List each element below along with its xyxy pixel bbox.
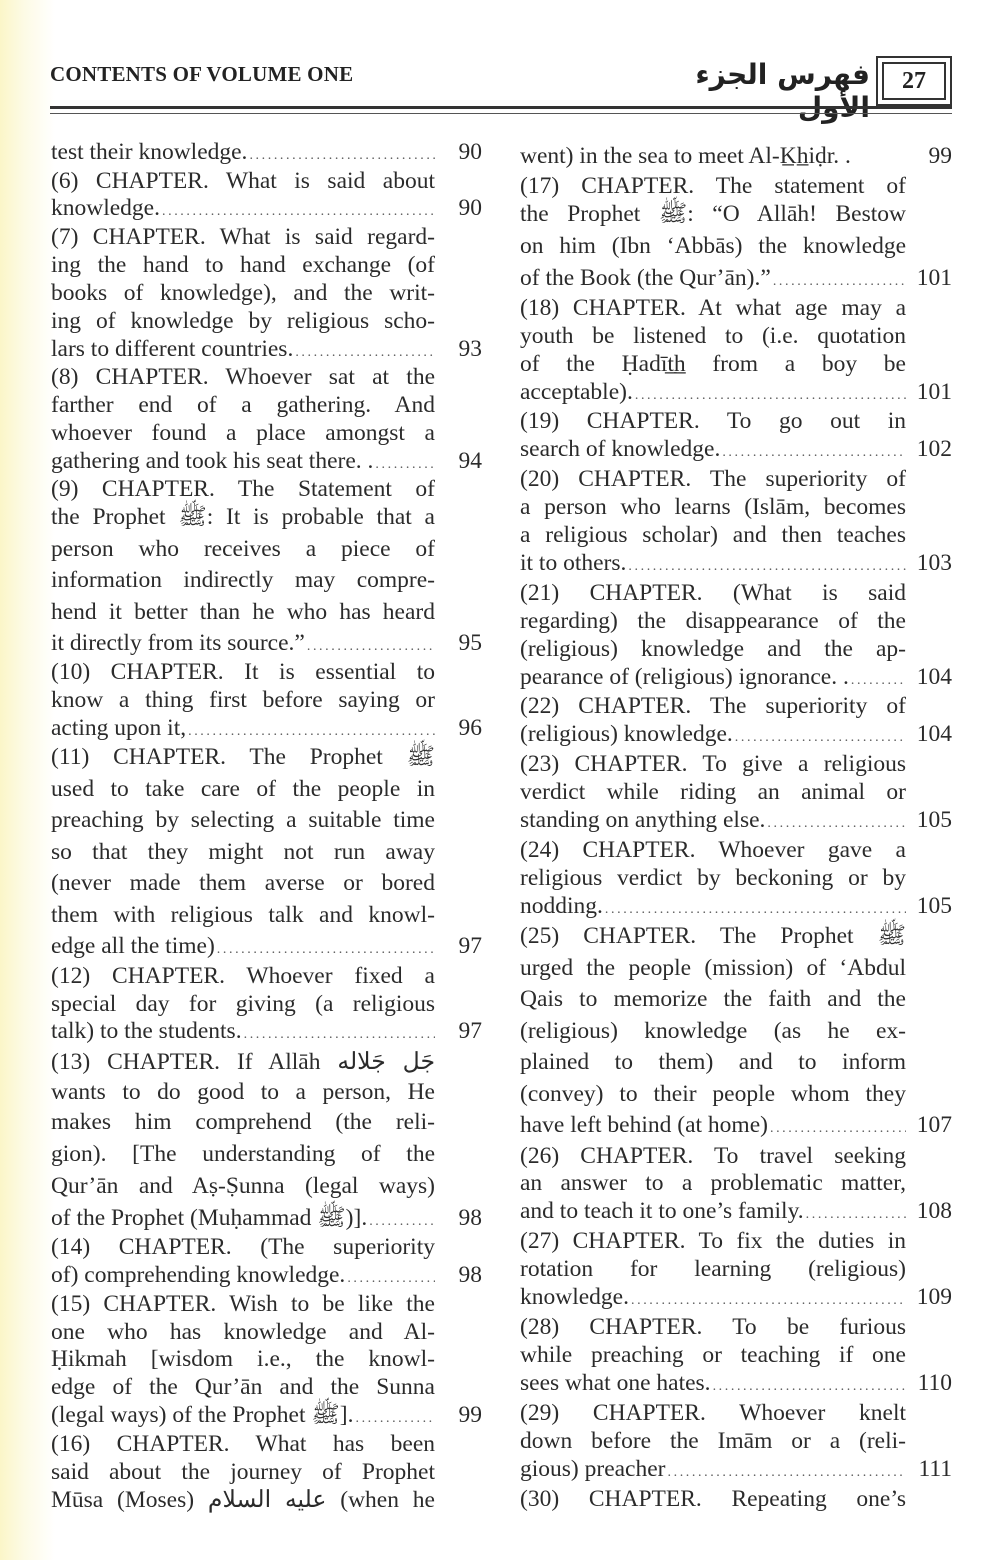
toc-line: (11) CHAPTER. The Prophet ﷺ [51, 742, 435, 772]
toc-line: it directly from its source.”...........… [51, 628, 435, 658]
toc-line: of the Prophet (Muḥammad ﷺ)]............… [51, 1203, 435, 1233]
toc-line: gathering and took his seat there. .....… [51, 446, 435, 476]
toc-page-number: 93 [440, 334, 482, 364]
toc-line: books of knowledge), and the writ- [51, 278, 435, 308]
toc-page-number: 109 [906, 1282, 952, 1312]
toc-page-number: 97 [440, 1016, 482, 1046]
toc-line: down before the Imām or a (reli- [520, 1426, 906, 1456]
toc-entry-text: of the Book (the Qur’ān).” [520, 263, 771, 293]
toc-entry-text: of the Prophet (Muḥammad ﷺ)]. [51, 1203, 367, 1233]
toc-line: (25) CHAPTER. The Prophet ﷺ [520, 921, 906, 951]
toc-page-number: 104 [906, 662, 952, 692]
toc-page-number: 103 [906, 548, 952, 578]
toc-page-number: 94 [440, 446, 482, 476]
toc-line: used to take care of the people in [51, 774, 435, 804]
running-title: CONTENTS OF VOLUME ONE [50, 62, 353, 87]
toc-line: whoever found a place amongst a [51, 418, 435, 448]
toc-line: rotation for learning (religious) [520, 1254, 906, 1284]
toc-line: (religious) knowledge...................… [520, 719, 906, 749]
toc-line: edge all the time)......................… [51, 931, 435, 961]
toc-line: (9) CHAPTER. The Statement of [51, 474, 435, 504]
arabic-title: فهرس الجزء الأول [682, 58, 870, 124]
toc-line: (never made them averse or bored [51, 868, 435, 898]
toc-entry-text: knowledge. [520, 1282, 629, 1312]
toc-line: know a thing first before saying or [51, 685, 435, 715]
toc-line: farther end of a gathering. And [51, 390, 435, 420]
toc-line: (8) CHAPTER. Whoever sat at the [51, 362, 435, 392]
toc-line: verdict while riding an animal or [520, 777, 906, 807]
toc-line: (26) CHAPTER. To travel seeking [520, 1141, 906, 1171]
toc-line: (29) CHAPTER. Whoever knelt [520, 1398, 906, 1428]
toc-entry-text: of) comprehending knowledge. [51, 1260, 345, 1290]
toc-entry-text: and to teach it to one’s family. [520, 1196, 804, 1226]
toc-line: talk) to the students...................… [51, 1016, 435, 1046]
toc-line: (10) CHAPTER. It is essential to [51, 657, 435, 687]
toc-entry-text: acceptable). [520, 377, 633, 407]
toc-line: Ḥikmah [wisdom i.e., the knowl- [51, 1344, 435, 1374]
toc-line: (23) CHAPTER. To give a religious [520, 749, 906, 779]
toc-page-number: 105 [906, 891, 952, 921]
toc-page-number: 108 [906, 1196, 952, 1226]
toc-line: an answer to a problematic matter, [520, 1168, 906, 1198]
toc-line: (6) CHAPTER. What is said about [51, 166, 435, 196]
toc-page-number: 98 [440, 1260, 482, 1290]
dot-leader: ........................................… [770, 1114, 906, 1144]
toc-line: Mūsa (Moses) عليه السلام (when he [51, 1485, 435, 1515]
toc-line: (27) CHAPTER. To fix the duties in [520, 1226, 906, 1256]
toc-line: preaching by selecting a suitable time [51, 805, 435, 835]
toc-page-number: 104 [906, 719, 952, 749]
toc-entry-text: it to others. [520, 548, 626, 578]
page-number: 27 [882, 62, 946, 100]
toc-line: (24) CHAPTER. Whoever gave a [520, 835, 906, 865]
toc-line: (15) CHAPTER. Wish to be like the [51, 1289, 435, 1319]
toc-line: one who has knowledge and Al- [51, 1317, 435, 1347]
toc-page-number: 111 [906, 1454, 952, 1484]
toc-line: and to teach it to one’s family.........… [520, 1196, 906, 1226]
toc-entry-text: talk) to the students. [51, 1016, 242, 1046]
toc-entry-text: edge all the time) [51, 931, 215, 961]
toc-line: wants to do good to a person, He [51, 1077, 435, 1107]
toc-line: have left behind (at home)..............… [520, 1110, 906, 1140]
toc-line: the Prophet ﷺ: It is probable that a [51, 502, 435, 532]
toc-page-number: 105 [906, 805, 952, 835]
toc-line: said about the journey of Prophet [51, 1457, 435, 1487]
toc-entry-text: have left behind (at home) [520, 1110, 768, 1140]
toc-line: ing of knowledge by religious scho- [51, 306, 435, 336]
toc-line: urged the people (mission) of ‘Abdul [520, 953, 906, 983]
toc-line: special day for giving (a religious [51, 989, 435, 1019]
toc-line: of the Ḥadīt̲h̲ from a boy be [520, 349, 906, 379]
toc-line: so that they might not run away [51, 837, 435, 867]
toc-line: (7) CHAPTER. What is said regard- [51, 222, 435, 252]
toc-entry-text: gathering and took his seat there. . [51, 446, 373, 476]
toc-line: test their knowledge....................… [51, 137, 435, 167]
toc-line: of the Book (the Qur’ān).”..............… [520, 263, 906, 293]
toc-line: makes him comprehend (the reli- [51, 1107, 435, 1137]
toc-line: Qur’ān and Aṣ-Ṣunna (legal ways) [51, 1171, 435, 1201]
toc-line: of) comprehending knowledge.............… [51, 1260, 435, 1290]
toc-page-number: 102 [906, 434, 952, 464]
toc-line: (12) CHAPTER. Whoever fixed a [51, 961, 435, 991]
toc-line: (19) CHAPTER. To go out in [520, 406, 906, 436]
toc-line: (legal ways) of the Prophet ﷺ]..........… [51, 1400, 435, 1430]
toc-line: (17) CHAPTER. The statement of [520, 171, 906, 201]
toc-page-number: 101 [906, 263, 952, 293]
toc-line: the Prophet ﷺ: “O Allāh! Bestow [520, 199, 906, 229]
toc-page-number: 101 [906, 377, 952, 407]
toc-line: (14) CHAPTER. (The superiority [51, 1232, 435, 1262]
toc-entry-text: sees what one hates. [520, 1368, 711, 1398]
toc-line: hend it better than he who has heard [51, 597, 435, 627]
toc-line: knowledge...............................… [51, 193, 435, 223]
toc-line: (30) CHAPTER. Repeating one’s [520, 1484, 906, 1514]
toc-entry-text: search of knowledge. [520, 434, 720, 464]
toc-line: lars to different countries.............… [51, 334, 435, 364]
toc-entry-text: it directly from its source.” [51, 628, 305, 658]
toc-entry-text: nodding. [520, 891, 603, 921]
toc-line: regarding) the disappearance of the [520, 606, 906, 636]
toc-line: standing on anything else...............… [520, 805, 906, 835]
toc-line: (20) CHAPTER. The superiority of [520, 464, 906, 494]
toc-line: plained to them) and to inform [520, 1047, 906, 1077]
toc-line: on him (Ibn ‘Abbās) the knowledge [520, 231, 906, 261]
toc-page-number: 90 [440, 137, 482, 167]
header-rule-thick [50, 106, 952, 109]
toc-entry-text: gious) preacher [520, 1454, 666, 1484]
toc-line: religious verdict by beckoning or by [520, 863, 906, 893]
toc-entry-text: lars to different countries. [51, 334, 293, 364]
toc-page-number: 98 [440, 1203, 482, 1233]
toc-page-number: 90 [440, 193, 482, 223]
toc-line: (religious) knowledge and the ap- [520, 634, 906, 664]
toc-line: sees what one hates.....................… [520, 1368, 906, 1398]
dot-leader: ........................................… [244, 1020, 435, 1050]
toc-line: knowledge...............................… [520, 1282, 906, 1312]
toc-line: (religious) knowledge (as he ex- [520, 1016, 906, 1046]
toc-line: (22) CHAPTER. The superiority of [520, 691, 906, 721]
page-number-box: 27 [876, 56, 952, 106]
toc-line: gious) preacher.........................… [520, 1454, 906, 1484]
toc-entry-text: pearance of (religious) ignorance. . [520, 662, 849, 692]
toc-line: (28) CHAPTER. To be furious [520, 1312, 906, 1342]
toc-line: a religious scholar) and then teaches [520, 520, 906, 550]
toc-line: ing the hand to hand exchange (of [51, 250, 435, 280]
toc-entry-text: (religious) knowledge. [520, 719, 733, 749]
toc-entry-text: acting upon it, [51, 713, 186, 743]
toc-line: nodding.................................… [520, 891, 906, 921]
toc-line: acceptable).............................… [520, 377, 906, 407]
toc-line: information indirectly may compre- [51, 565, 435, 595]
header-rule-thin [50, 113, 952, 114]
toc-page-number: 110 [906, 1368, 952, 1398]
toc-entry-text: knowledge. [51, 193, 160, 223]
toc-entry-text: standing on anything else. [520, 805, 765, 835]
toc-page-number: 99 [440, 1400, 482, 1430]
toc-line: edge of the Qur’ān and the Sunna [51, 1372, 435, 1402]
toc-page-number: 95 [440, 628, 482, 658]
toc-line: a person who learns (Islām, becomes [520, 492, 906, 522]
toc-page-number: 107 [906, 1110, 952, 1140]
toc-entry-text: (legal ways) of the Prophet ﷺ]. [51, 1400, 353, 1430]
toc-line: went) in the sea to meet Al-K̲h̲iḍr. . [520, 141, 906, 171]
toc-line: (13) CHAPTER. If Allāh جَل جَلاله [51, 1047, 435, 1077]
toc-entry-text: test their knowledge. [51, 137, 247, 167]
toc-line: person who receives a piece of [51, 534, 435, 564]
toc-line: gion). [The understanding of the [51, 1139, 435, 1169]
toc-line: them with religious talk and knowl- [51, 900, 435, 930]
toc-page-number: 99 [906, 141, 952, 171]
toc-line: (convey) to their people whom they [520, 1079, 906, 1109]
toc-page-number: 97 [440, 931, 482, 961]
toc-line: pearance of (religious) ignorance. .....… [520, 662, 906, 692]
toc-line: youth be listened to (i.e. quotation [520, 321, 906, 351]
toc-line: it to others............................… [520, 548, 906, 578]
toc-page-number: 96 [440, 713, 482, 743]
toc-line: Qais to memorize the faith and the [520, 984, 906, 1014]
toc-line: search of knowledge.....................… [520, 434, 906, 464]
toc-line: acting upon it,.........................… [51, 713, 435, 743]
toc-line: while preaching or teaching if one [520, 1340, 906, 1370]
toc-line: (16) CHAPTER. What has been [51, 1429, 435, 1459]
toc-line: (18) CHAPTER. At what age may a [520, 293, 906, 323]
toc-line: (21) CHAPTER. (What is said [520, 578, 906, 608]
